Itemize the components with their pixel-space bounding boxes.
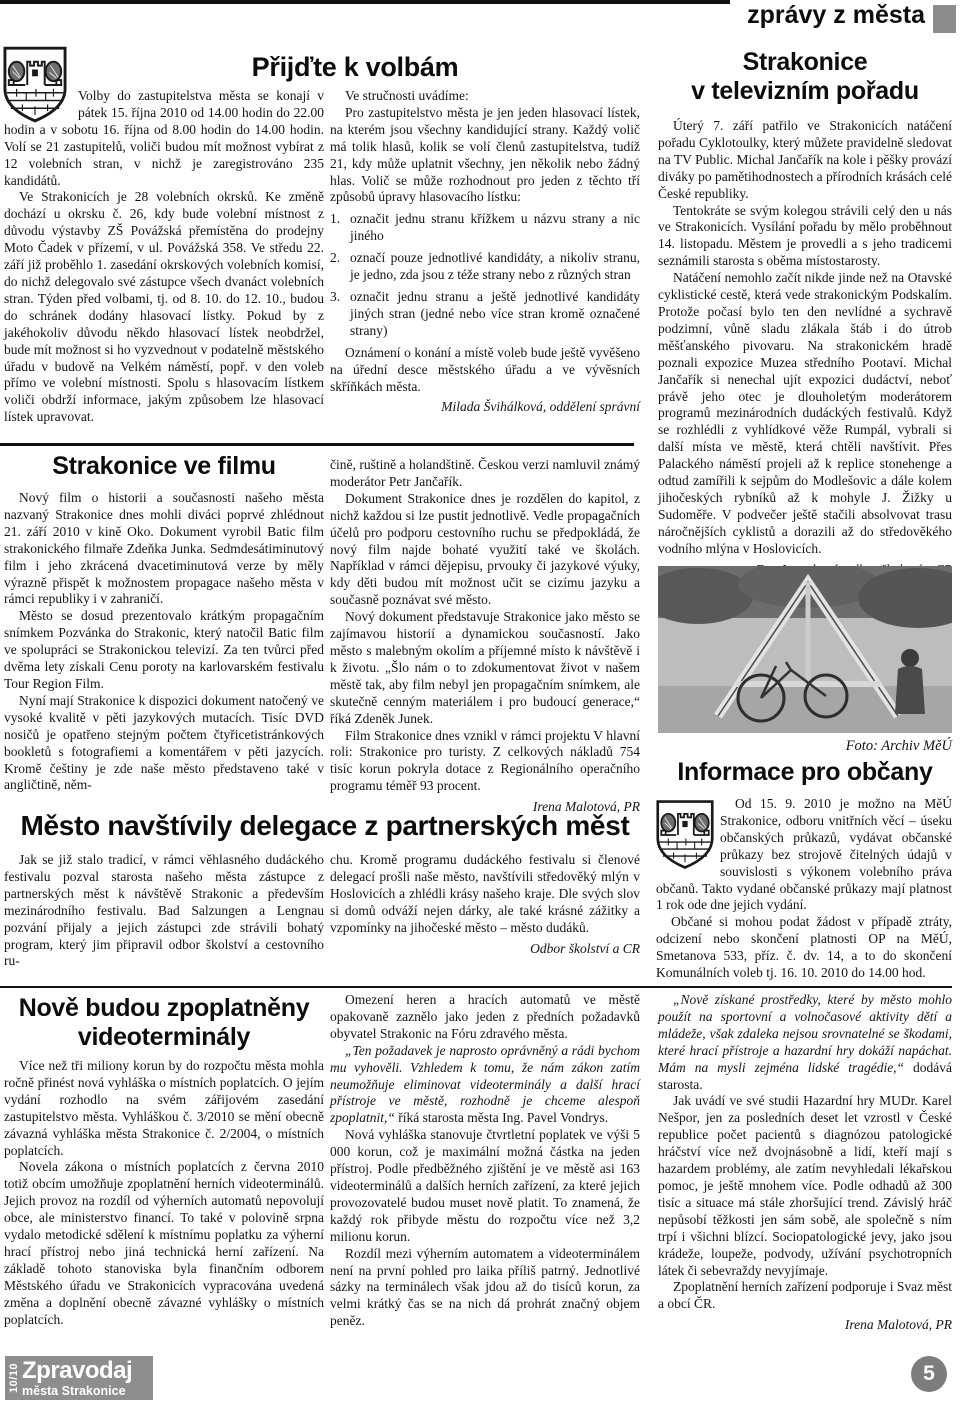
article-title-delegace: Město navštívily delegace z partnerských…: [0, 810, 650, 842]
signature: Odbor školství a CR: [330, 941, 640, 958]
signature: Milada Švihálková, oddělení správní: [330, 399, 640, 416]
item-text: označí pouze jednotlivé kandidáty, a nik…: [350, 250, 640, 284]
item-text: označit jednu stranu a ještě jednotlivé …: [350, 289, 640, 340]
volby-center-column: Ve stručnosti uvádíme: Pro zastupitelstv…: [330, 88, 640, 416]
film-left-column: Nový film o historii a současnosti našeh…: [4, 490, 324, 794]
paragraph: Jak uvádí ve své studii Hazardní hry MUD…: [658, 1093, 952, 1279]
paragraph: Natáčení nemohlo začít nikde jinde než n…: [658, 270, 952, 557]
article-title-volby: Přijďte k volbám: [30, 52, 680, 83]
paragraph: Úterý 7. září patřilo ve Strakonicích na…: [658, 118, 952, 203]
paragraph: Od 15. 9. 2010 je možno na MěÚ Strakonic…: [656, 796, 952, 914]
issue-number: 10/10: [8, 1363, 20, 1393]
tv-column: Úterý 7. září patřilo ve Strakonicích na…: [658, 118, 952, 578]
title-line: Nově budou zpoplatněny: [19, 994, 310, 1022]
photo-image: [658, 566, 952, 733]
ordered-list-item: 1. označit jednu stranu křížkem u názvu …: [330, 211, 640, 245]
paragraph: čině, ruštině a holandštině. Českou verz…: [330, 457, 640, 491]
article-title-terminaly: Nově budou zpoplatněny videoterminály: [4, 994, 324, 1052]
newsletter-page: zprávy z města Přijďte k volbám Volby do…: [0, 0, 960, 1403]
terminaly-center-column: Omezení heren a hracích automatů ve měst…: [330, 992, 640, 1330]
paragraph: Zpoplatnění herních zařízení podporuje i…: [658, 1279, 952, 1313]
paragraph: Novela zákona o místních poplatcích z če…: [4, 1159, 324, 1328]
paragraph: Oznámení o konání a místě voleb bude ješ…: [330, 345, 640, 396]
paragraph: Ve Strakonicích je 28 volebních okrsků. …: [4, 189, 324, 426]
photo-credit: Foto: Archiv MěÚ: [658, 738, 952, 755]
paragraph: Pro zastupitelstvo města je jen jeden hl…: [330, 105, 640, 206]
item-text: označit jednu stranu křížkem u názvu str…: [350, 211, 640, 245]
paragraph: chu. Kromě programu dudáckého festivalu …: [330, 852, 640, 937]
paragraph: Město se dosud prezentovalo krátkým prop…: [4, 608, 324, 693]
article-title-film: Strakonice ve filmu: [4, 452, 324, 481]
paragraph: Volby do zastupitelstva města se konají …: [4, 88, 324, 189]
obcane-column: Od 15. 9. 2010 je možno na MěÚ Strakonic…: [656, 796, 952, 982]
paragraph: Omezení heren a hracích automatů ve měst…: [330, 992, 640, 1043]
signature: Irena Malotová, PR: [658, 1317, 952, 1334]
article-title-obcane: Informace pro občany: [658, 758, 952, 787]
delegace-center-column: chu. Kromě programu dudáckého festivalu …: [330, 852, 640, 957]
paragraph: Ve stručnosti uvádíme:: [330, 88, 640, 105]
paragraph: Tentokráte se svým kolegou strávili celý…: [658, 203, 952, 271]
logo-subtitle: města Strakonice: [22, 1385, 132, 1398]
terminaly-right-column: „Nově získané prostředky, které by město…: [658, 992, 952, 1334]
section-rule: [0, 443, 634, 446]
paragraph: Nyní mají Strakonice k dispozici dokumen…: [4, 693, 324, 794]
paragraph: Občané si mohou podat žádost v případě z…: [656, 914, 952, 982]
title-line: videoterminály: [78, 1023, 250, 1051]
ordered-list-item: 3. označit jednu stranu a ještě jednotli…: [330, 289, 640, 340]
section-rule: [0, 986, 952, 988]
paragraph: Jak se již stalo tradicí, v rámci věhlas…: [4, 852, 324, 970]
logo-wrap-spacer: [656, 796, 720, 874]
paragraph: „Nově získané prostředky, které by město…: [658, 992, 952, 1093]
item-number: 3.: [330, 289, 350, 340]
title-line: v televizním pořadu: [691, 77, 919, 105]
item-number: 1.: [330, 211, 350, 245]
newsletter-logo: 10/10 Zpravodaj města Strakonice: [5, 1356, 153, 1400]
paragraph: Nový dokument představuje Strakonice jak…: [330, 609, 640, 727]
masthead-rule: [0, 0, 730, 4]
ordered-list-item: 2. označí pouze jednotlivé kandidáty, a …: [330, 250, 640, 284]
masthead-accent-square: [933, 5, 956, 33]
logo-wrap-spacer: [4, 88, 78, 118]
item-number: 2.: [330, 250, 350, 284]
paragraph: Dokument Strakonice dnes je rozdělen do …: [330, 491, 640, 609]
volby-left-column: Volby do zastupitelstva města se konají …: [4, 88, 324, 426]
terminaly-left-column: Více než tři miliony korun by do rozpočt…: [4, 1058, 324, 1329]
title-line: Strakonice: [743, 48, 868, 76]
paragraph-text: říká starosta města Ing. Pavel Vondrys.: [395, 1110, 608, 1125]
logo-text: Zpravodaj města Strakonice: [22, 1359, 132, 1398]
paragraph: „Ten požadavek je naprosto oprávněný a r…: [330, 1043, 640, 1128]
paragraph: Film Strakonice dnes vznikl v rámci proj…: [330, 728, 640, 796]
paragraph: Více než tři miliony korun by do rozpočt…: [4, 1058, 324, 1159]
paragraph: Nová vyhláška stanovuje čtvrtletní popla…: [330, 1127, 640, 1245]
article-title-tv: Strakonice v televizním pořadu: [658, 48, 952, 106]
logo-title: Zpravodaj: [22, 1359, 132, 1383]
film-center-column: čině, ruštině a holandštině. Českou verz…: [330, 457, 640, 816]
paragraph: Rozdíl mezi výherním automatem a videote…: [330, 1246, 640, 1331]
delegace-left-column: Jak se již stalo tradicí, v rámci věhlas…: [4, 852, 324, 970]
masthead-section-title: zprávy z města: [700, 1, 925, 30]
paragraph: Nový film o historii a současnosti našeh…: [4, 490, 324, 608]
page-number-badge: 5: [911, 1356, 947, 1392]
